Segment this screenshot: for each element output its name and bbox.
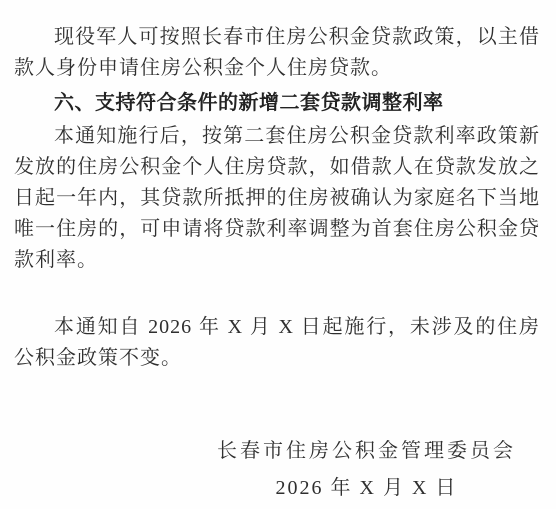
paragraph-second-home-rate-adjustment: 本通知施行后，按第二套住房公积金贷款利率政策新发放的住房公积金个人住房贷款，如借… <box>14 121 540 276</box>
paragraph-effective-date: 本通知自 2026 年 X 月 X 日起施行，未涉及的住房公积金政策不变。 <box>14 312 540 374</box>
notice-document-page: 现役军人可按照长春市住房公积金贷款政策，以主借款人身份申请住房公积金个人住房贷款… <box>0 0 556 509</box>
paragraph-military-eligibility: 现役军人可按照长春市住房公积金贷款政策，以主借款人身份申请住房公积金个人住房贷款… <box>14 22 540 84</box>
section-heading-six: 六、支持符合条件的新增二套贷款调整利率 <box>14 88 540 119</box>
signature-date: 2026 年 X 月 X 日 <box>217 473 516 504</box>
signature-inner: 长春市住房公积金管理委员会 2026 年 X 月 X 日 <box>217 436 540 504</box>
signature-issuer: 长春市住房公积金管理委员会 <box>217 436 516 467</box>
signature-block: 长春市住房公积金管理委员会 2026 年 X 月 X 日 <box>14 436 540 504</box>
